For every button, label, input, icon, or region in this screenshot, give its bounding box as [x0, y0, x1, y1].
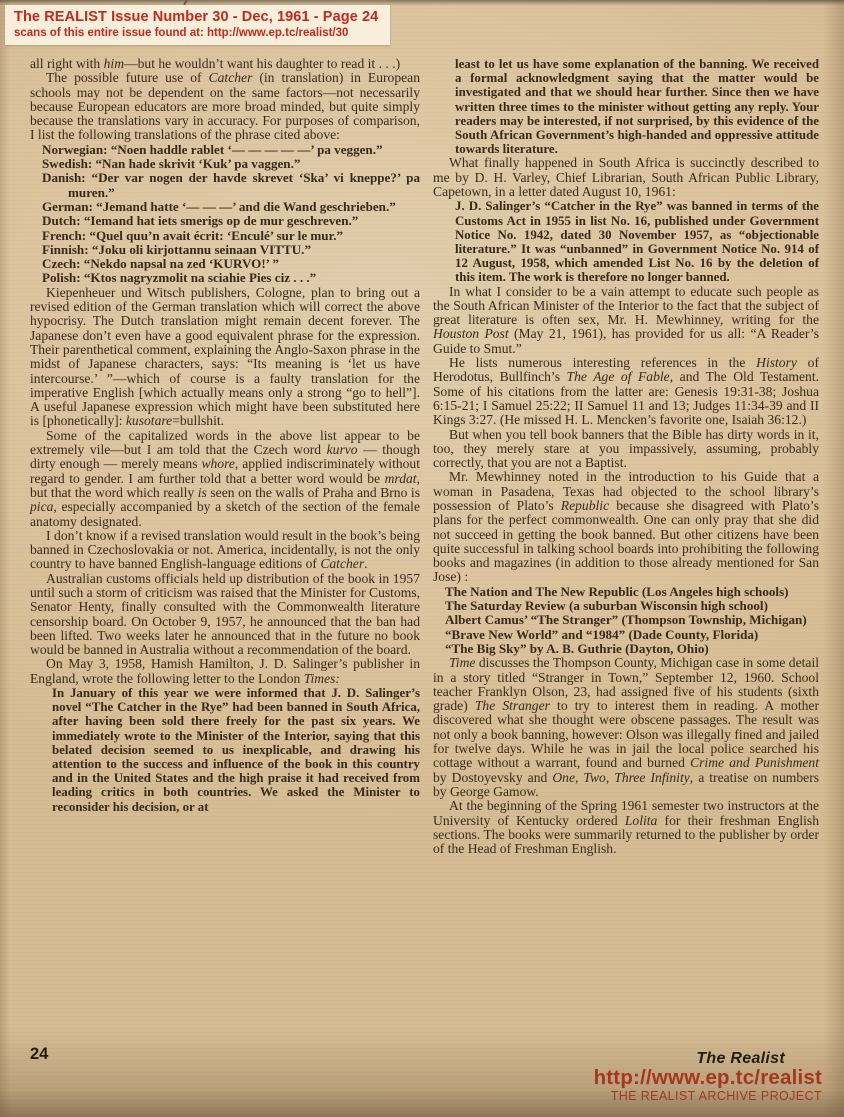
article-body: all right with him—but he wouldn’t want …: [30, 57, 819, 856]
banner-title: The REALIST Issue Number 30 - Dec, 1961 …: [14, 9, 378, 26]
text-run: .: [364, 556, 367, 571]
text-run: The Saturday Review (a suburban Wisconsi…: [445, 598, 768, 613]
text-run: German: “Jemand hatte ‘— — —’ and die Wa…: [42, 199, 396, 214]
italic-run: One, Two, Three Infinity: [552, 770, 689, 785]
banned-list-item: Swedish: “Nan hade skrivit ‘Kuk’ pa vagg…: [30, 157, 420, 171]
text-run: Czech: “Nekdo napsal na zed ‘KURVO!’ ”: [42, 256, 279, 271]
italic-run: mrdat: [385, 471, 417, 486]
body-paragraph: Kiepenheuer und Witsch publishers, Colog…: [30, 286, 420, 429]
italic-run: The Stranger: [475, 698, 550, 713]
banned-list-item: Dutch: “Iemand hat iets smerigs op de mu…: [30, 214, 420, 228]
italic-run: The Age of Fable: [567, 369, 670, 384]
text-run: Australian customs officials held up dis…: [30, 571, 420, 657]
text-run: “Brave New World” and “1984” (Dade Count…: [445, 627, 758, 642]
banned-list-item: Polish: “Ktos nagryzmolit na sciahie Pie…: [30, 271, 420, 285]
text-run: Polish: “Ktos nagryzmolit na sciahie Pie…: [42, 270, 316, 285]
banned-list-item: German: “Jemand hatte ‘— — —’ and die Wa…: [30, 200, 420, 214]
banned-list-item: Finnish: “Joku oli kirjottannu seinaan V…: [30, 243, 420, 257]
text-run: seen on the walls of Praha and Brno is: [207, 485, 420, 500]
text-run: On May 3, 1958, Hamish Hamilton, J. D. S…: [30, 656, 420, 685]
text-run: Danish: “Der var nogen der havde skrevet…: [42, 170, 420, 199]
body-paragraph: I don’t know if a revised translation wo…: [30, 529, 420, 572]
body-paragraph: But when you tell book banners that the …: [433, 428, 819, 471]
text-run: Dutch: “Iemand hat iets smerigs op de mu…: [42, 213, 358, 228]
banned-list-item: The Saturday Review (a suburban Wisconsi…: [433, 599, 819, 613]
text-run: —but he wouldn’t want his daughter to re…: [124, 56, 400, 71]
italic-run: Times:: [304, 671, 340, 686]
banned-list-item: “Brave New World” and “1984” (Dade Count…: [433, 628, 819, 642]
text-run: J. D. Salinger’s “Catcher in the Rye” wa…: [455, 199, 819, 284]
italic-run: Houston Post: [433, 326, 509, 341]
text-run: Finnish: “Joku oli kirjottannu seinaan V…: [42, 242, 311, 257]
banned-list-item: Danish: “Der var nogen der havde skrevet…: [30, 171, 420, 200]
text-run: In January of this year we were informed…: [52, 686, 420, 814]
italic-run: History: [756, 355, 797, 370]
body-paragraph: Mr. Mewhinney noted in the introduction …: [433, 470, 819, 584]
left-column: all right with him—but he wouldn’t want …: [30, 57, 420, 856]
italic-run: Crime and Punishment: [690, 755, 819, 770]
archive-project-label: THE REALIST ARCHIVE PROJECT: [594, 1089, 822, 1103]
text-run: , especially accompanied by a sketch of …: [30, 499, 420, 528]
italic-run: kusotare: [126, 413, 172, 428]
archive-banner: The REALIST Issue Number 30 - Dec, 1961 …: [5, 5, 390, 45]
italic-run: pica: [30, 499, 53, 514]
text-run: by Dostoyevsky and: [433, 770, 552, 785]
banned-list-item: Norwegian: “Noen haddle rablet ‘— — — — …: [30, 143, 420, 157]
text-run: =bullshit.: [172, 413, 224, 428]
letter-quote-paragraph: least to let us have some explanation of…: [455, 57, 819, 156]
text-run: Norwegian: “Noen haddle rablet ‘— — — — …: [42, 142, 383, 157]
text-run: The Nation and The New Republic (Los Ang…: [445, 584, 789, 599]
text-run: Albert Camus’ “The Stranger” (Thompson T…: [445, 612, 807, 627]
text-run: The possible future use of: [46, 70, 209, 85]
text-run: But when you tell book banners that the …: [433, 427, 819, 471]
text-run: French: “Quel quu’n avait écrit: ‘Enculé…: [42, 228, 343, 243]
body-paragraph: Australian customs officials held up dis…: [30, 572, 420, 658]
archive-footer: http://www.ep.tc/realist THE REALIST ARC…: [594, 1066, 822, 1103]
italic-run: Catcher: [209, 70, 253, 85]
text-run: What finally happened in South Africa is…: [433, 155, 819, 199]
body-paragraph: In what I consider to be a vain attempt …: [433, 285, 819, 356]
banner-subtitle: scans of this entire issue found at: htt…: [14, 26, 378, 40]
body-paragraph: At the beginning of the Spring 1961 seme…: [433, 799, 819, 856]
banned-list-item: French: “Quel quu’n avait écrit: ‘Enculé…: [30, 229, 420, 243]
archive-url: http://www.ep.tc/realist: [594, 1066, 822, 1089]
italic-run: Time: [449, 655, 475, 670]
body-paragraph: On May 3, 1958, Hamish Hamilton, J. D. S…: [30, 657, 420, 686]
body-paragraph: Time discusses the Thompson County, Mich…: [433, 656, 819, 799]
text-run: Swedish: “Nan hade skrivit ‘Kuk’ pa vagg…: [42, 156, 300, 171]
italic-run: him: [104, 56, 124, 71]
banned-list-item: Albert Camus’ “The Stranger” (Thompson T…: [433, 613, 819, 627]
text-run: In what I consider to be a vain attempt …: [433, 284, 819, 328]
banned-list-item: The Nation and The New Republic (Los Ang…: [433, 585, 819, 599]
body-paragraph: The possible future use of Catcher (in t…: [30, 71, 420, 142]
body-paragraph: What finally happened in South Africa is…: [433, 156, 819, 199]
body-paragraph: He lists numerous interesting references…: [433, 356, 819, 427]
page-number: 24: [30, 1045, 48, 1064]
letter-quote-paragraph: J. D. Salinger’s “Catcher in the Rye” wa…: [455, 199, 819, 284]
italic-run: Lolita: [625, 813, 657, 828]
italic-run: Catcher: [320, 556, 364, 571]
italic-run: whore: [201, 456, 234, 471]
text-run: He lists numerous interesting references…: [449, 355, 756, 370]
banned-list-item: “The Big Sky” by A. B. Guthrie (Dayton, …: [433, 642, 819, 656]
right-column: least to let us have some explanation of…: [433, 57, 819, 856]
magazine-scan-page: The REALIST Issue Number 30 - Dec, 1961 …: [0, 0, 844, 1117]
letter-quote-paragraph: In January of this year we were informed…: [52, 686, 420, 814]
italic-run: Republic: [561, 498, 609, 513]
italic-run: kurvo: [327, 442, 358, 457]
body-paragraph: all right with him—but he wouldn’t want …: [30, 57, 420, 71]
text-run: all right with: [30, 56, 104, 71]
text-run: least to let us have some explanation of…: [455, 57, 819, 156]
text-run: Kiepenheuer und Witsch publishers, Colog…: [30, 285, 420, 429]
banned-list-item: Czech: “Nekdo napsal na zed ‘KURVO!’ ”: [30, 257, 420, 271]
italic-run: is: [198, 485, 207, 500]
body-paragraph: Some of the capitalized words in the abo…: [30, 429, 420, 529]
text-run: “The Big Sky” by A. B. Guthrie (Dayton, …: [445, 641, 709, 656]
